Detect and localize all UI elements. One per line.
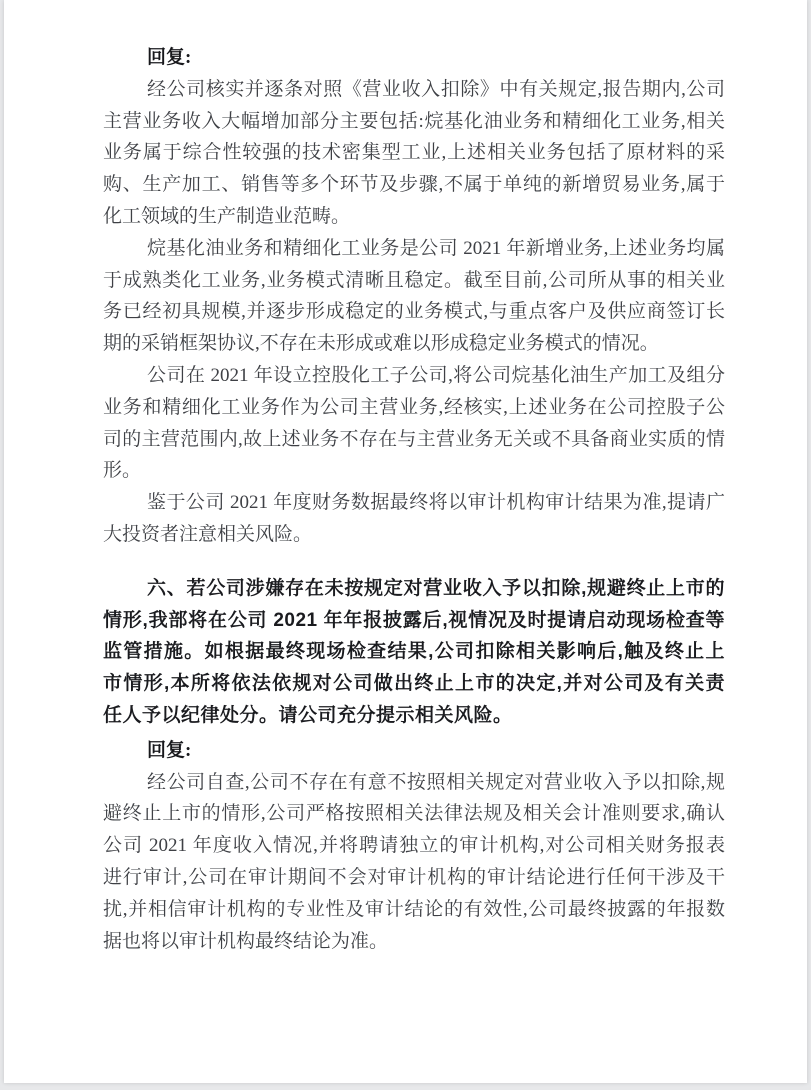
paragraph: 鉴于公司 2021 年度财务数据最终将以审计机构审计结果为准,提请广大投资者注意…: [103, 487, 725, 551]
text-line: 情形,我部将在公司 2021 年年报披露后,视情况及时提请启动现场检查等: [103, 605, 725, 637]
text-line: 经公司核实并逐条对照《营业收入扣除》中有关规定,报告期内,公司: [103, 74, 725, 106]
text-line: 市情形,本所将依法依规对公司做出终止上市的决定,并对公司及有关责: [103, 668, 725, 700]
text-line: 鉴于公司 2021 年度财务数据最终将以审计机构审计结果为准,提请广: [103, 487, 725, 519]
text-line: 进行审计,公司在审计期间不会对审计机构的审计结论进行任何干涉及干: [103, 862, 725, 894]
paragraph: 烷基化油业务和精细化工业务是公司 2021 年新增业务,上述业务均属于成熟类化工…: [103, 233, 725, 360]
reply-heading: 回复:: [103, 735, 725, 767]
heading-line: 回复:: [103, 735, 725, 767]
text-line: 购、生产加工、销售等多个环节及步骤,不属于单纯的新增贸易业务,属于: [103, 169, 725, 201]
text-line: 公司在 2021 年设立控股化工子公司,将公司烷基化油生产加工及组分: [103, 360, 725, 392]
text-line: 司的主营范围内,故上述业务不存在与主营业务无关或不具备商业实质的情: [103, 424, 725, 456]
text-line: 期的采销框架协议,不存在未形成或难以形成稳定业务模式的情况。: [103, 328, 725, 360]
text-line: 务已经初具规模,并逐步形成稳定的业务模式,与重点客户及供应商签订长: [103, 296, 725, 328]
paragraph: 经公司核实并逐条对照《营业收入扣除》中有关规定,报告期内,公司主营业务收入大幅增…: [103, 74, 725, 233]
text-line: 据也将以审计机构最终结论为准。: [103, 926, 725, 958]
pdf-viewer-background: 回复:经公司核实并逐条对照《营业收入扣除》中有关规定,报告期内,公司主营业务收入…: [0, 0, 811, 1090]
paragraph: 六、若公司涉嫌存在未按规定对营业收入予以扣除,规避终止上市的情形,我部将在公司 …: [103, 573, 725, 732]
text-line: 业务和精细化工业务作为公司主营业务,经核实,上述业务在公司控股子公: [103, 392, 725, 424]
text-line: 任人予以纪律处分。请公司充分提示相关风险。: [103, 700, 725, 732]
text-line: 大投资者注意相关风险。: [103, 519, 725, 551]
text-line: 扰,并相信审计机构的专业性及审计结论的有效性,公司最终披露的年报数: [103, 894, 725, 926]
text-line: 烷基化油业务和精细化工业务是公司 2021 年新增业务,上述业务均属: [103, 233, 725, 265]
document-body: 回复:经公司核实并逐条对照《营业收入扣除》中有关规定,报告期内,公司主营业务收入…: [4, 0, 807, 1083]
reply-heading: 回复:: [103, 42, 725, 74]
text-line: 于成熟类化工业务,业务模式清晰且稳定。截至目前,公司所从事的相关业: [103, 265, 725, 297]
text-line: 化工领域的生产制造业范畴。: [103, 201, 725, 233]
text-line: 避终止上市的情形,公司严格按照相关法律法规及相关会计准则要求,确认: [103, 798, 725, 830]
document-page: 回复:经公司核实并逐条对照《营业收入扣除》中有关规定,报告期内,公司主营业务收入…: [4, 0, 807, 1083]
heading-line: 回复:: [103, 42, 725, 74]
paragraph: 公司在 2021 年设立控股化工子公司,将公司烷基化油生产加工及组分业务和精细化…: [103, 360, 725, 487]
paragraph: 经公司自查,公司不存在有意不按照相关规定对营业收入予以扣除,规避终止上市的情形,…: [103, 767, 725, 958]
text-line: 公司 2021 年度收入情况,并将聘请独立的审计机构,对公司相关财务报表: [103, 830, 725, 862]
text-line: 经公司自查,公司不存在有意不按照相关规定对营业收入予以扣除,规: [103, 767, 725, 799]
text-line: 形。: [103, 455, 725, 487]
text-line: 业务属于综合性较强的技术密集型工业,上述相关业务包括了原材料的采: [103, 137, 725, 169]
text-line: 主营业务收入大幅增加部分主要包括:烷基化油业务和精细化工业务,相关: [103, 106, 725, 138]
text-line: 六、若公司涉嫌存在未按规定对营业收入予以扣除,规避终止上市的: [103, 573, 725, 605]
text-line: 监管措施。如根据最终现场检查结果,公司扣除相关影响后,触及终止上: [103, 636, 725, 668]
